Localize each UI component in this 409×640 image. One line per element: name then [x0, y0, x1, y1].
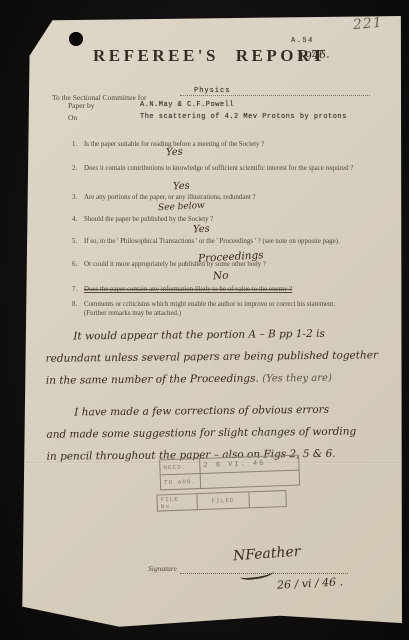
signature-date: 26 / vi / 46 .	[277, 575, 344, 591]
corner-archive-number: 221	[352, 15, 383, 34]
question-text-struck: Does the paper contain any information l…	[84, 286, 356, 295]
question-2: 2. Does it contain contributions to know…	[72, 165, 356, 174]
answer-1: Yes	[166, 147, 183, 159]
comment-line: It would appear that the portion A – B p…	[45, 322, 381, 348]
question-3: 3. Are any portions of the paper, or any…	[72, 194, 356, 203]
question-number: 8.	[72, 301, 84, 318]
dotted-line	[180, 95, 370, 96]
form-reference: A.54	[291, 37, 314, 45]
question-text: Or could it more appropriately be publis…	[84, 261, 356, 270]
comment-line: redundant unless several papers are bein…	[46, 349, 378, 364]
question-number: 2.	[72, 165, 84, 174]
comment-line: I have made a few corrections of obvious…	[46, 398, 382, 424]
committee-value: Physics	[194, 87, 230, 95]
question-1: 1. Is the paper suitable for reading bef…	[72, 141, 356, 150]
question-number: 4.	[72, 216, 84, 225]
question-text: Should the paper be published by the Soc…	[84, 216, 356, 225]
question-8: 8. Comments or criticisms which might en…	[72, 301, 356, 318]
question-text: Are any portions of the paper, or any il…	[84, 194, 356, 203]
question-number: 6.	[72, 261, 84, 270]
question-text: Is the paper suitable for reading before…	[84, 141, 356, 150]
question-number: 5.	[72, 238, 84, 247]
scanned-referee-report: 221 A.54 REFEREE'S REPORT 1946. To the S…	[0, 0, 409, 640]
question-6: 6. Or could it more appropriately be pub…	[72, 261, 356, 270]
comment-line: and made some suggestions for slight cha…	[46, 426, 356, 441]
recd-label: RECD.	[160, 459, 200, 474]
question-text: Comments or criticisms which might enabl…	[84, 301, 356, 318]
paper-by-label: Paper by	[68, 101, 94, 110]
file-no-label: FILE No.	[157, 494, 197, 510]
paper-sheet: 221 A.54 REFEREE'S REPORT 1946. To the S…	[20, 16, 402, 628]
on-label: On	[68, 113, 77, 122]
question-text: Does it contain contributions to knowled…	[84, 165, 356, 174]
answer-2: Yes	[173, 181, 190, 193]
comment-line: in the same number of the Proceedings.	[46, 373, 259, 387]
question-7-struck-out: 7. Does the paper contain any informatio…	[72, 286, 356, 295]
paper-by-value: A.N.May & C.F.Powell	[140, 101, 234, 109]
to-arb-label: TO ARB.	[161, 474, 201, 489]
question-5: 5. If so, in the ' Philosophical Transac…	[72, 238, 356, 247]
answer-3: See below	[158, 201, 205, 213]
question-text: If so, in the ' Philosophical Transactio…	[84, 238, 356, 247]
paper-title-value: The scattering of 4.2 Mev Protons by pro…	[140, 113, 347, 121]
to-arb-value-empty	[201, 471, 299, 488]
stamp-upper-box: RECD. 2 8 VI. 46 TO ARB.	[159, 455, 300, 491]
stamp-lower-box: FILE No. FILED	[156, 490, 287, 512]
committee-label: To the Sectional Committee for	[52, 93, 146, 102]
punch-hole	[69, 32, 83, 46]
handwritten-comments: It would appear that the portion A – B p…	[45, 322, 382, 468]
stamp-empty-cell	[249, 491, 286, 507]
recd-date: 2 8 VI. 46	[200, 457, 268, 473]
signature-underline-swash	[240, 567, 275, 581]
signature-label: Signature	[148, 564, 177, 573]
pencil-note: (Yes they are)	[262, 373, 332, 385]
question-number: 3.	[72, 194, 84, 203]
question-number: 1.	[72, 141, 84, 150]
received-stamp: RECD. 2 8 VI. 46 TO ARB. FILE No. FILED	[159, 455, 301, 512]
answer-4: Yes	[193, 224, 210, 236]
question-number: 7.	[72, 286, 84, 295]
signature-handwriting: NFeather	[233, 544, 301, 565]
question-4: 4. Should the paper be published by the …	[72, 216, 356, 225]
filed-label: FILED	[197, 492, 249, 509]
answer-6: No	[213, 270, 229, 283]
